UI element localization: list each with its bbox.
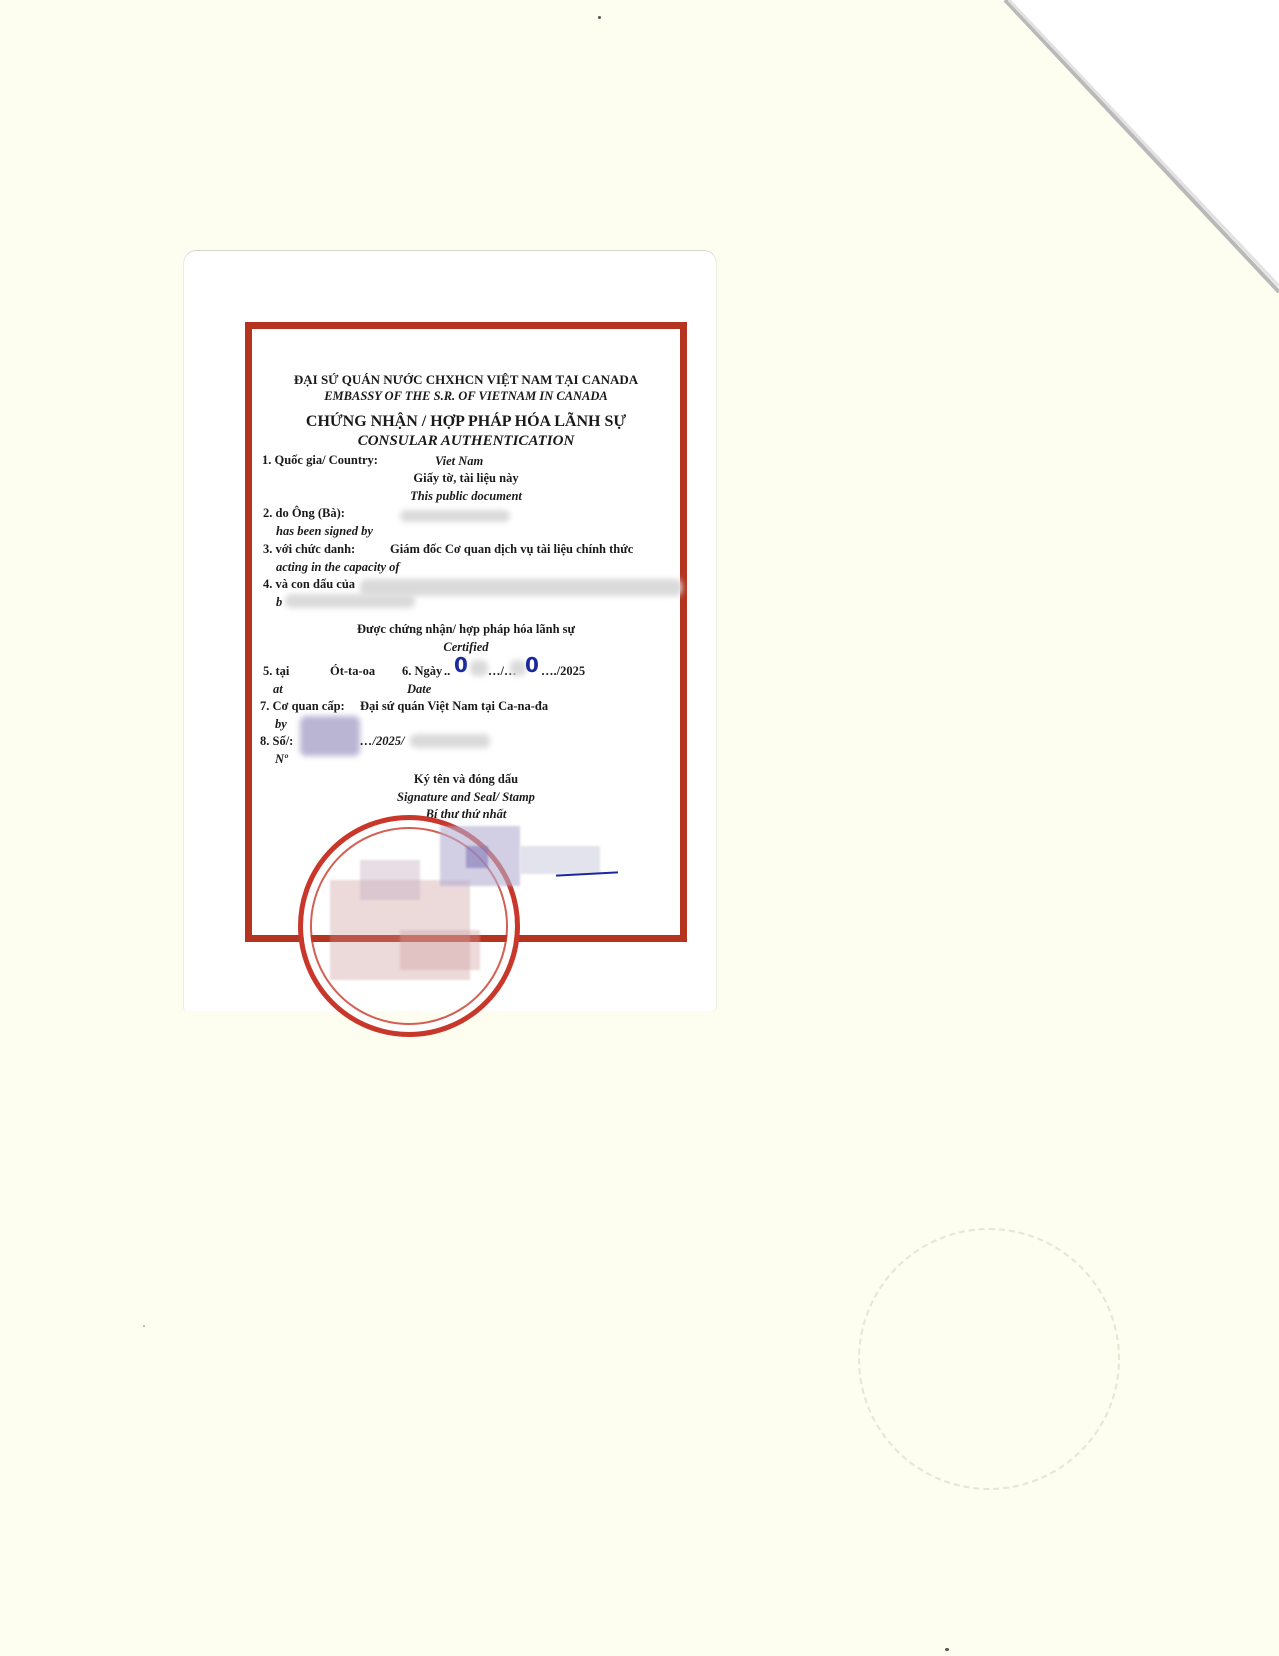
field-number-label-en: Nº — [275, 752, 288, 767]
field-date-year: …./2025 — [541, 664, 585, 679]
field-place-value: Ót-ta-oa — [330, 664, 375, 679]
field-country-value: Viet Nam — [435, 454, 483, 469]
field-date-label: 6. Ngày — [402, 664, 442, 679]
scan-speck — [598, 16, 601, 19]
date-month-handwritten: 0 — [525, 653, 539, 677]
embassy-header-vi: ĐẠI SỨ QUÁN NƯỚC CHXHCN VIỆT NAM TẠI CAN… — [245, 372, 687, 388]
field-signed-by-label-en: has been signed by — [276, 524, 373, 539]
field-place-label-en: at — [273, 682, 283, 697]
field-number-label: 8. Số/: — [260, 734, 293, 749]
field-capacity-value: Giám đốc Cơ quan dịch vụ tài liệu chính … — [390, 542, 633, 557]
field-date-label-en: Date — [407, 682, 431, 697]
field-seal-label-en: b — [276, 595, 282, 610]
field-capacity-label-en: acting in the capacity of — [276, 560, 400, 575]
field-place-label: 5. tại — [263, 664, 289, 679]
scan-speck — [143, 1325, 145, 1327]
field-capacity-label: 3. với chức danh: — [263, 542, 355, 557]
redacted-month — [510, 660, 526, 676]
scan-speck — [945, 1648, 949, 1651]
field-date-dots: .. — [444, 664, 450, 679]
embossed-seal — [858, 1228, 1120, 1490]
redacted-number-suffix — [410, 734, 490, 748]
title-en: CONSULAR AUTHENTICATION — [245, 433, 687, 450]
embassy-header-en: EMBASSY OF THE S.R. OF VIETNAM IN CANADA — [245, 389, 687, 404]
field-authority-label: 7. Cơ quan cấp: — [260, 699, 345, 714]
document-line-vi: Giấy tờ, tài liệu này — [245, 471, 687, 486]
field-authority-label-en: by — [275, 717, 287, 732]
redacted-signer-name — [400, 510, 510, 522]
title-vi: CHỨNG NHẬN / HỢP PHÁP HÓA LÃNH SỰ — [245, 413, 687, 431]
signer-title: Bí thư thứ nhất — [245, 807, 687, 822]
redacted-seal-owner-en — [285, 594, 415, 608]
field-authority-value: Đại sứ quán Việt Nam tại Ca-na-đa — [360, 699, 548, 714]
document-line-en: This public document — [245, 489, 687, 504]
signature-heading-vi: Ký tên và đóng dấu — [245, 772, 687, 787]
field-seal-label: 4. và con dấu của — [263, 577, 355, 592]
redacted-number-prefix — [300, 716, 360, 756]
field-number-value: …/2025/ — [360, 734, 404, 749]
certified-vi: Được chứng nhận/ hợp pháp hóa lãnh sự — [245, 622, 687, 637]
field-signed-by-label: 2. do Ông (Bà): — [263, 506, 345, 521]
field-country-label: 1. Quốc gia/ Country: — [262, 453, 378, 468]
redacted-day — [470, 660, 488, 676]
signature-heading-en: Signature and Seal/ Stamp — [245, 790, 687, 805]
date-day-handwritten: 0 — [454, 653, 468, 677]
